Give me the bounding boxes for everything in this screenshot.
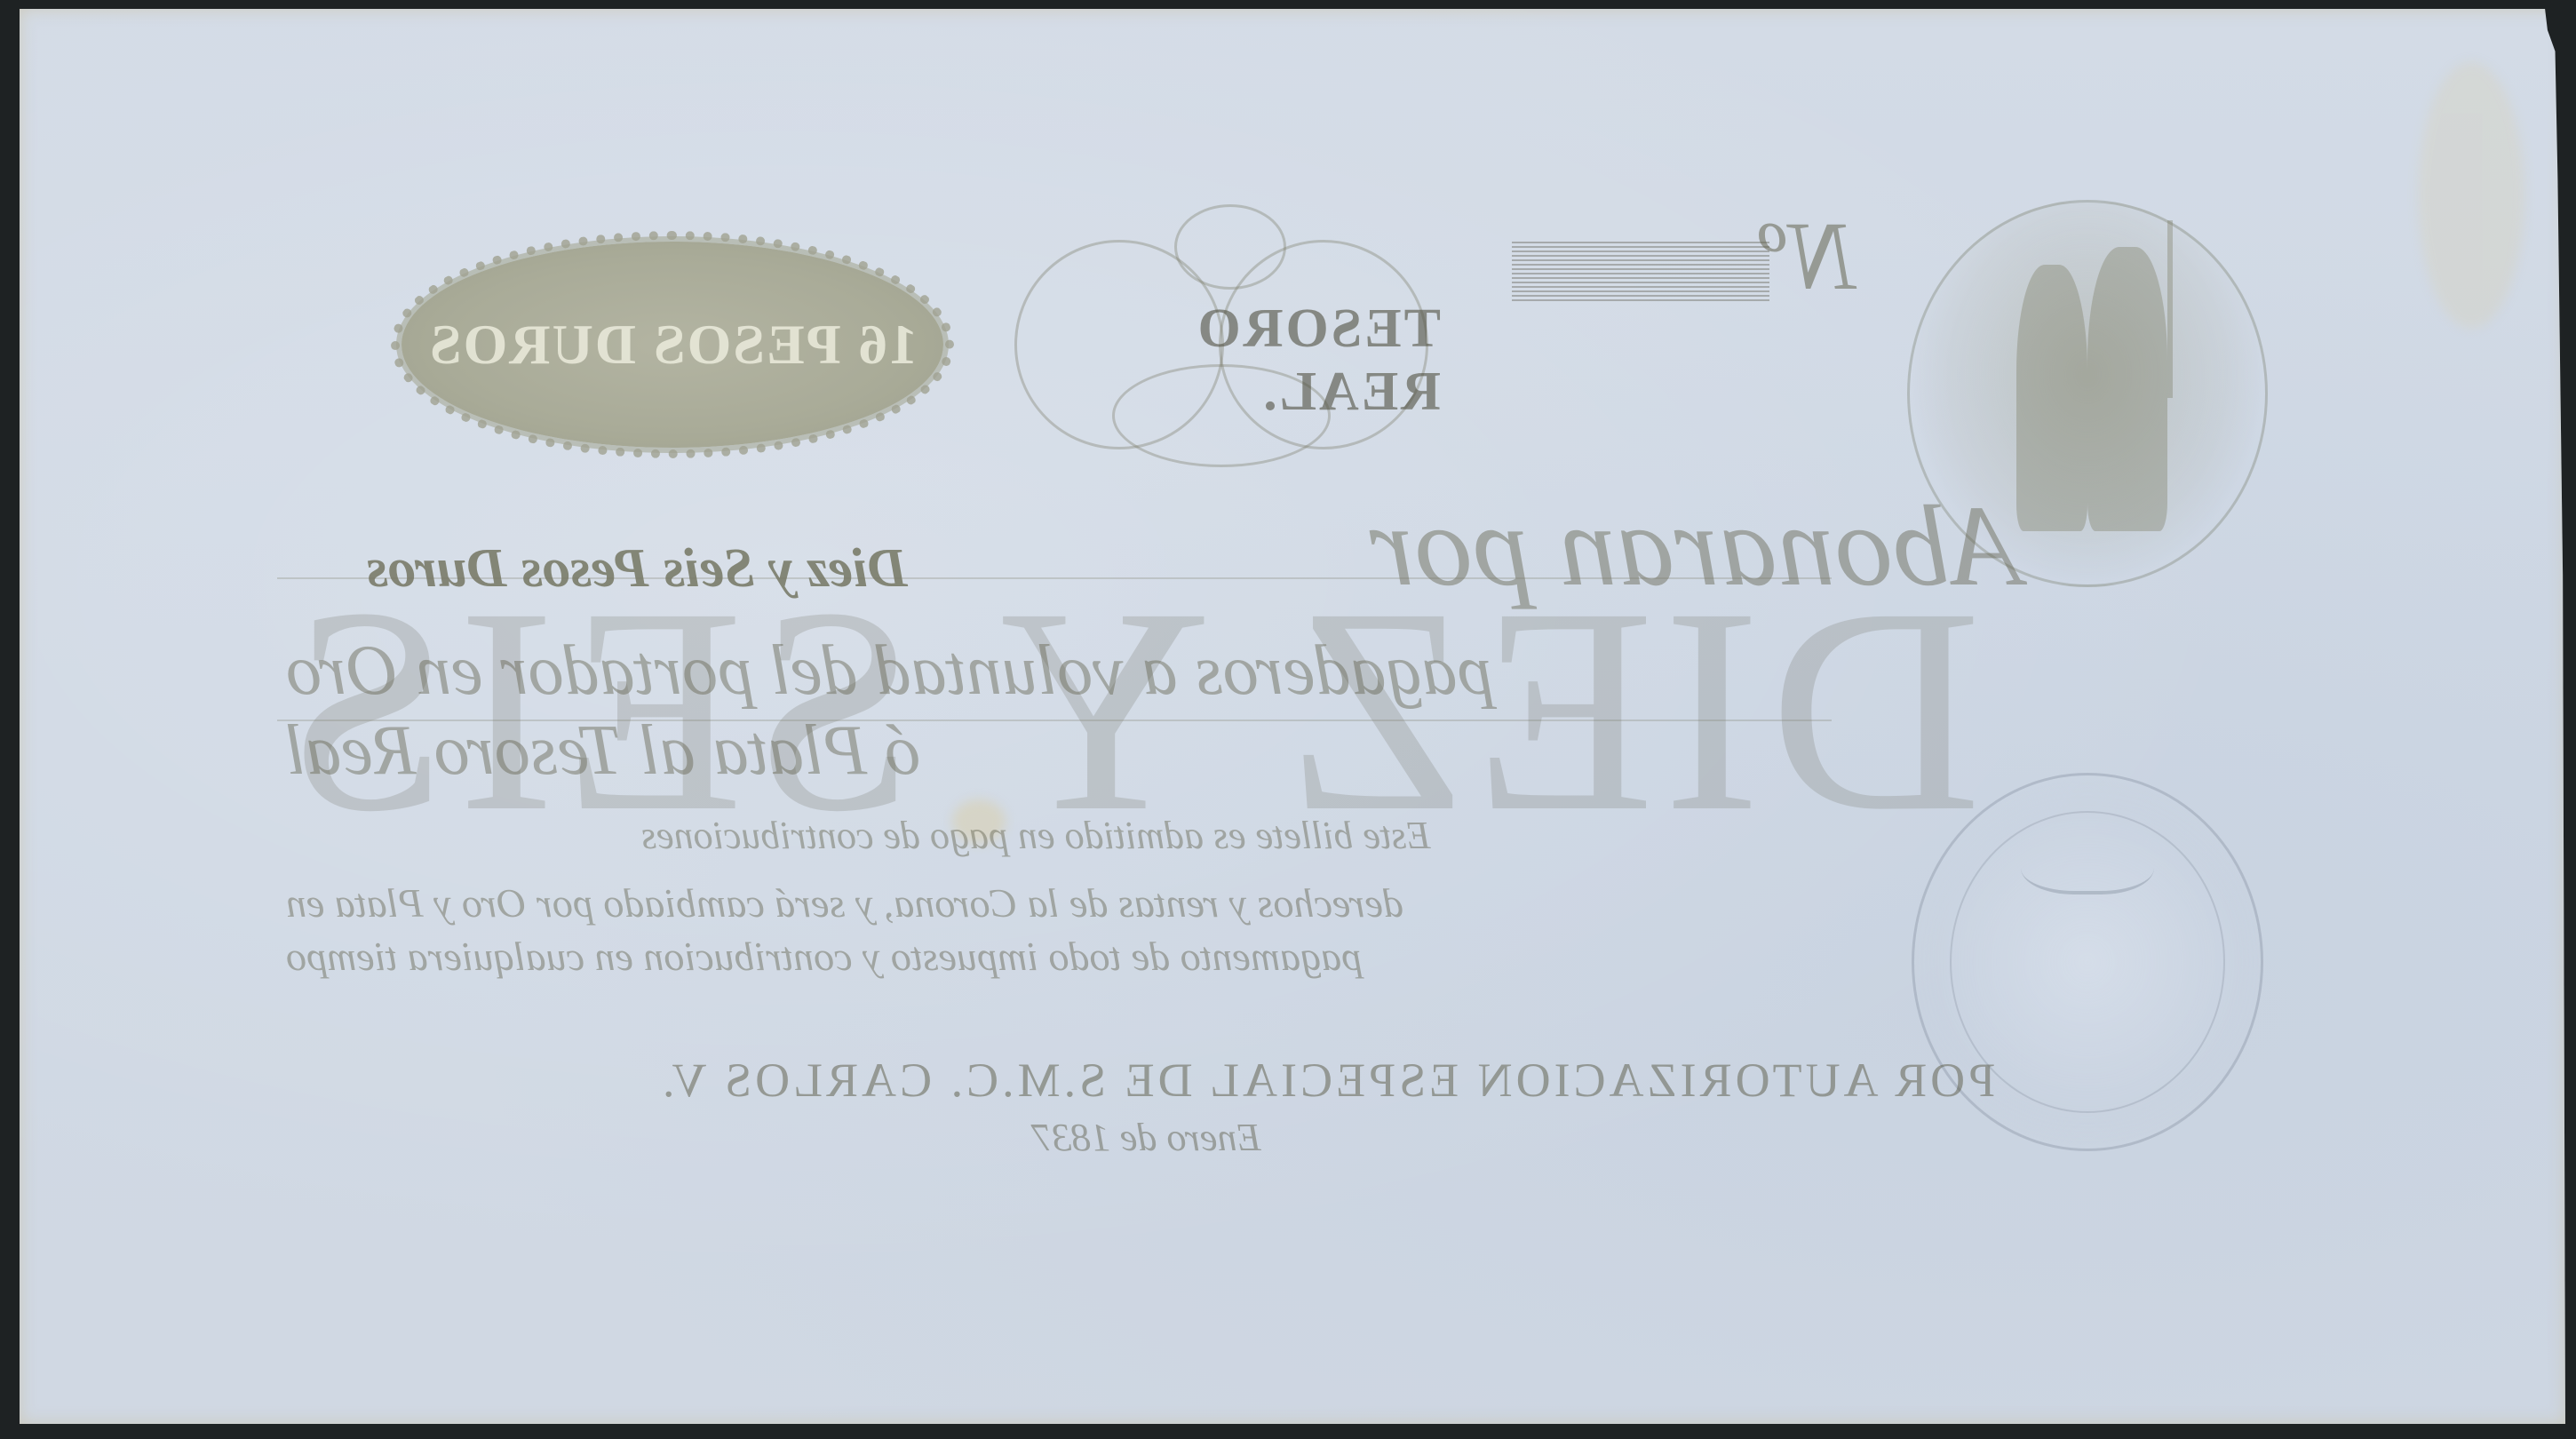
serial-number-block xyxy=(1512,242,1769,304)
denomination-text: 16 PESOS DUROS xyxy=(428,312,918,378)
amount-script-heading: Abonaran por xyxy=(1370,480,2021,613)
authorization-line: POR AUTORIZACION ESPECIAL DE S.M.C. CARL… xyxy=(659,1053,1995,1108)
date-script: Enero de 1837 xyxy=(1032,1115,1260,1160)
banknote-paper: DIEZ Y SEIS 16 PESOS DUROS TESORO REAL. … xyxy=(20,9,2565,1424)
amount-line: Diez y Seis Pesos Duros xyxy=(366,537,908,600)
tesoro-real-cartouche: TESORO REAL. xyxy=(1014,204,1441,462)
guide-rule xyxy=(277,577,1832,579)
figure-right xyxy=(2087,247,2167,531)
script-line-3: Este billete es admitido en pago de cont… xyxy=(641,813,1430,858)
script-line-4: derechos y rentas de la Corona, y será c… xyxy=(286,879,1403,926)
script-line-5: pagamento de todo impuesto y contribucio… xyxy=(286,933,1362,980)
script-line-1: pagaderos a voluntad del portador en Oro xyxy=(286,631,1492,712)
paper-stain xyxy=(2418,62,2524,329)
serial-number-label: Nº xyxy=(1761,200,1856,313)
flourish-ring xyxy=(1174,204,1286,290)
cartouche-title: TESORO REAL. xyxy=(1041,298,1441,424)
script-line-2: ó Plata al Tesoro Real xyxy=(286,711,920,791)
figure-left xyxy=(2016,265,2087,531)
cross-staff xyxy=(2167,220,2173,398)
crown-icon xyxy=(2021,829,2154,894)
denomination-oval: 16 PESOS DUROS xyxy=(402,242,943,448)
